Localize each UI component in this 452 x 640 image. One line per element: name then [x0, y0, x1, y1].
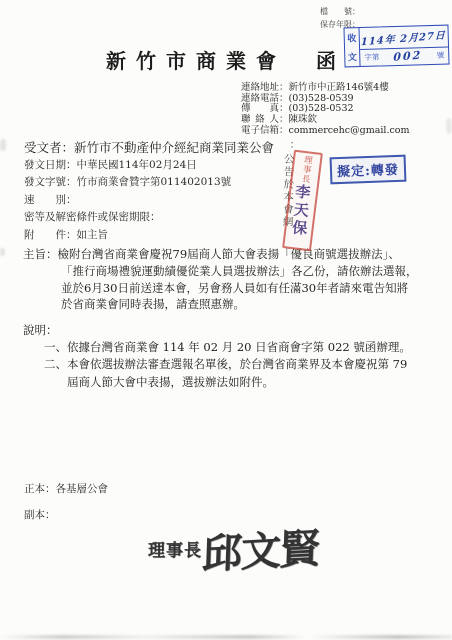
recipient-line: 受文者：新竹市不動產仲介經紀商業同業公會 — [24, 138, 274, 156]
scan-edge-smudge — [0, 248, 5, 256]
document-title: 新竹市商業會 函 — [0, 45, 452, 74]
classification-line: 密等及解密條件或保密期限： — [24, 209, 231, 226]
contact-address-value: 新竹市中正路146號4樓 — [289, 82, 389, 93]
signer-title: 理事長 — [148, 536, 202, 561]
contact-fax-value: (03)528-0532 — [289, 103, 354, 114]
original-copy-line: 正本：各基層公會 — [24, 476, 108, 502]
subject-line-3: 並於6月30日前送達本會，另會務人員如有任滿30年者請來電告知將 — [61, 280, 418, 297]
scan-edge-smudge — [0, 139, 6, 151]
issue-number-line: 發文字號：竹市商業會贊字第011402013號 — [24, 174, 231, 191]
subject-label: 主旨： — [23, 247, 58, 261]
distribution-block: 正本：各基層公會 副本： — [24, 476, 108, 528]
subject-line-4: 於省商業會同時表揚，請查照惠辦。 — [61, 296, 418, 313]
scan-bottom-shadow — [0, 635, 452, 639]
chairman-stamp-title: 理事長 — [299, 155, 314, 185]
scan-edge-smudge — [446, 118, 452, 134]
subject-block: 主旨：檢附台灣省商業會慶祝79屆商人節大會表揚「優良商號選拔辦法」、 「推行商場… — [23, 246, 418, 313]
decision-stamp: 擬定:轉發 — [330, 155, 407, 185]
contact-person-value: 陳珠欽 — [289, 114, 318, 125]
attachment-line: 附 件：如主旨 — [24, 227, 231, 244]
subject-line-1: 主旨：檢附台灣省商業會慶祝79屆商人節大會表揚「優良商號選拔辦法」、 — [23, 246, 418, 263]
explanation-item-2: 二、本會依選拔辦法審查選報名單後，於台灣省商業界及本會慶祝第 79 — [44, 356, 411, 373]
carbon-copy-line: 副本： — [24, 502, 108, 528]
subject-line-2: 「推行商場禮貌運動績優從業人員選拔辦法」各乙份，請依辦法選報， — [61, 263, 418, 280]
explanation-item-1: 一、依據台灣省商業會 114 年 02 月 20 日省商會字第 022 號函辦理… — [44, 339, 411, 356]
recipient-value: 新竹市不動產仲介經紀商業同業公會 — [74, 140, 274, 155]
chairman-stamp-name: 李天保 — [288, 183, 314, 239]
contact-email-line: 電子信箱：commercehc@gmail.com — [241, 126, 410, 137]
scanned-official-letter: 檔 號： 保存年限： 收 文 114年 2月27日 字第 002 號 新竹市商業… — [0, 0, 452, 640]
contact-email-value: commercehc@gmail.com — [289, 125, 410, 136]
document-meta: 發文日期：中華民國114年02月24日 發文字號：竹市商業會贊字第0114020… — [24, 157, 231, 244]
file-number-label: 檔 號： — [320, 5, 360, 18]
contact-block: 連絡地址：新竹市中正路146號4樓 連絡電話：(03)528-0539 傳真：(… — [241, 83, 410, 137]
signature-block: 理事長 邱文賢 — [148, 520, 319, 577]
priority-line: 速 別： — [24, 192, 231, 209]
signer-name-calligraphy: 邱文賢 — [201, 517, 320, 580]
contact-email-label: 電子信箱 — [241, 126, 279, 137]
issue-date-line: 發文日期：中華民國114年02月24日 — [24, 157, 231, 174]
explanation-label: 說明： — [23, 322, 411, 339]
explanation-block: 說明： 一、依據台灣省商業會 114 年 02 月 20 日省商會字第 022 … — [23, 322, 411, 391]
explanation-item-2-continued: 屆商人節大會中表揚，選拔辦法如附件。 — [67, 374, 411, 391]
recipient-label: 受文者： — [24, 140, 74, 155]
